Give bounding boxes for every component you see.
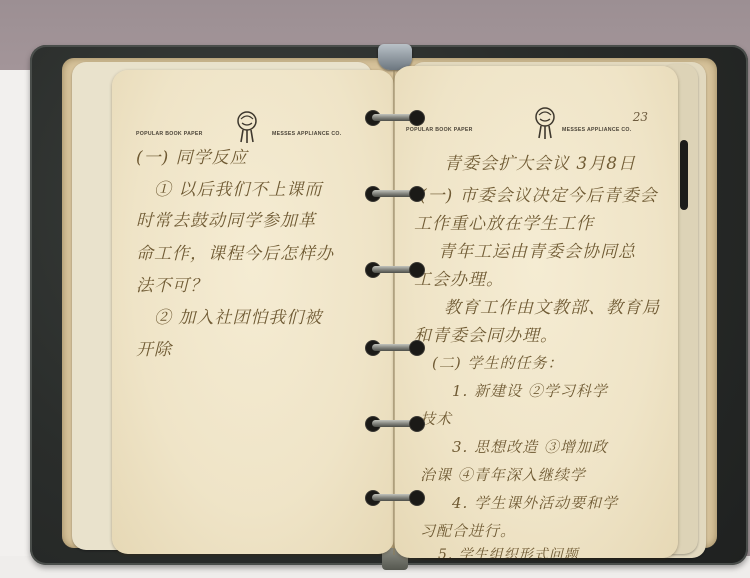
spine-crease xyxy=(393,70,395,555)
binder-ring xyxy=(366,340,424,356)
handwritten-line: 习配合进行。 xyxy=(420,524,678,539)
handwritten-line: 工会办理。 xyxy=(414,272,678,289)
handwritten-line: 青委会扩大会议 3月8日 xyxy=(444,156,678,173)
right-page: POPULAR BOOK PAPER MESSES APPLIANCE CO. … xyxy=(394,66,678,558)
binder-ring xyxy=(366,110,424,126)
handwritten-line: 5. 学生组织形式问题 xyxy=(438,548,678,558)
emblem-icon xyxy=(530,106,560,140)
handwritten-line: 法不可？ xyxy=(136,278,394,295)
header-left-text: POPULAR BOOK PAPER xyxy=(406,127,473,133)
page-number: 23 xyxy=(633,110,648,124)
handwritten-line: ② 加入社团怕我们被 xyxy=(154,310,394,327)
handwritten-line: (一) 市委会议决定今后青委会 xyxy=(420,188,678,205)
left-page: POPULAR BOOK PAPER MESSES APPLIANCE CO. … xyxy=(112,70,394,554)
handwritten-line: 开除 xyxy=(136,342,394,359)
handwritten-line: (二) 学生的任务： xyxy=(432,356,678,371)
handwritten-line: ① 以后我们不上课而 xyxy=(154,182,394,199)
binder-ring xyxy=(366,490,424,506)
handwritten-line: 时常去鼓动同学参加革 xyxy=(136,213,394,230)
handwritten-line: 治课 ④青年深入继续学 xyxy=(420,468,678,483)
handwritten-line: 教育工作由文教部、教育局 xyxy=(444,300,678,317)
handwritten-line: 工作重心放在学生工作 xyxy=(414,216,678,233)
handwritten-line: (一) 同学反应 xyxy=(136,150,394,167)
handwritten-line: 1. 新建设 ②学习科学 xyxy=(452,384,678,399)
handwritten-line: 和青委会同办理。 xyxy=(414,328,678,345)
header-left-text: POPULAR BOOK PAPER xyxy=(136,131,203,137)
binder-ring xyxy=(366,416,424,432)
binder-ring xyxy=(366,262,424,278)
binder-ring xyxy=(366,186,424,202)
header-right-text: MESSES APPLIANCE CO. xyxy=(272,131,342,137)
handwritten-line: 4. 学生课外活动要和学 xyxy=(452,496,678,511)
header-right-text: MESSES APPLIANCE CO. xyxy=(562,127,632,133)
handwritten-line: 青年工运由青委会协同总 xyxy=(438,244,678,261)
handwritten-line: 技术 xyxy=(420,412,678,427)
handwritten-line: 3. 思想改造 ③增加政 xyxy=(452,440,678,455)
emblem-icon xyxy=(232,110,262,144)
handwritten-line: 命工作，课程今后怎样办 xyxy=(136,246,394,263)
cover-strap xyxy=(680,140,688,210)
page-header: POPULAR BOOK PAPER MESSES APPLIANCE CO. xyxy=(112,124,394,144)
